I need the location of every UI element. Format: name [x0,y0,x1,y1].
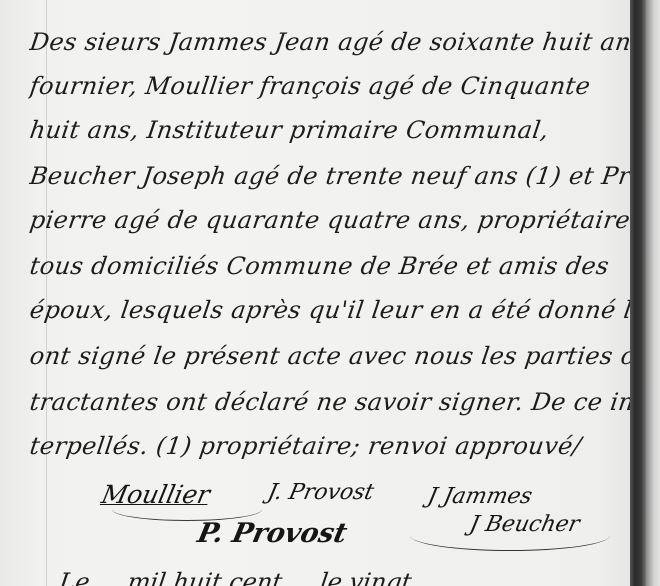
text-line-8: ont signé le présent acte avec nous les … [28,342,636,370]
text-line-10: terpellés. (1) propriétaire; renvoi appr… [28,432,636,460]
page-edge [646,0,660,586]
text-line-2: fournier, Moullier françois agé de Cinqu… [28,72,636,100]
text-line-3: huit ans, Instituteur primaire Communal, [28,116,636,144]
signature-jammes: J Jammes [425,484,534,509]
text-line-9: tractantes ont déclaré ne savoir signer.… [28,388,636,416]
next-entry-partial-line: Le ... mil huit cent ... le vingt... [59,568,632,586]
text-line-5: pierre agé de quarante quatre ans, propr… [28,206,636,234]
signature-j-provost: J. Provost [265,480,376,505]
text-line-1: Des sieurs Jammes Jean agé de soixante h… [28,28,636,56]
book-binding-shadow [630,0,646,586]
text-line-6: tous domiciliés Commune de Brée et amis … [28,252,636,280]
signature-flourish [410,520,610,551]
signature-p-provost: P. Provost [195,518,350,549]
scanned-register-page: Des sieurs Jammes Jean agé de soixante h… [0,0,660,586]
text-line-4: Beucher Joseph agé de trente neuf ans (1… [28,162,636,190]
text-line-7: époux, lesquels après qu'il leur en a ét… [28,296,636,324]
signature-flourish [112,498,262,521]
